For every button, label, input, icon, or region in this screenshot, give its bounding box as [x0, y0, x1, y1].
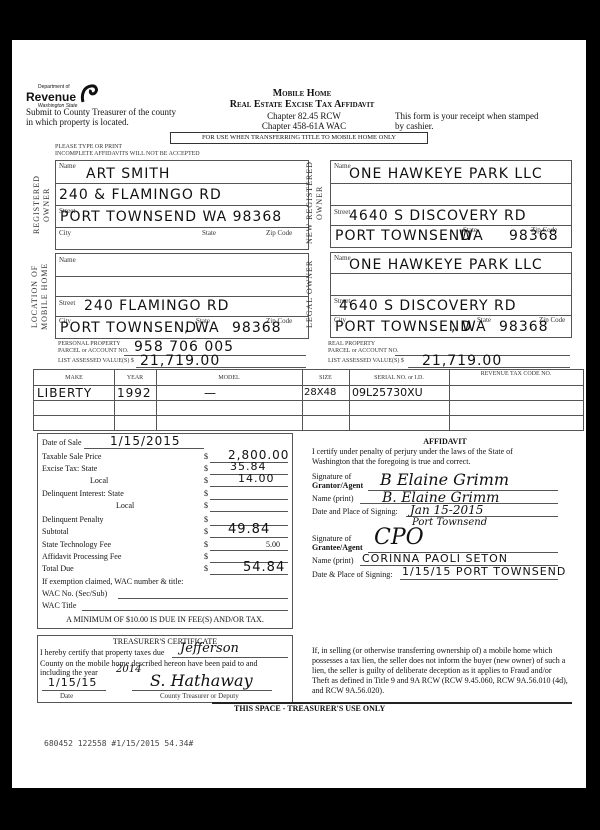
grantee-name-print[interactable]: CORINNA PAOLI SETON [362, 552, 508, 565]
lien-notice: If, in selling (or otherwise transferrin… [312, 646, 568, 696]
treasurer-date[interactable]: 1/15/15 [48, 676, 97, 689]
affidavit-page: Department of Revenue Washington State S… [12, 40, 586, 788]
treasurer-tax-year[interactable]: 2014 [116, 664, 141, 675]
dor-swirl-icon [80, 84, 98, 104]
legal-owner-zip[interactable]: 98368 [499, 319, 549, 335]
cashier-receipt-stamp: 680452 122558 #1/15/2015 54.34# [44, 739, 193, 748]
registered-owner-name[interactable]: ART SMITH [86, 166, 170, 182]
vehicle-table: MAKE YEAR MODEL SIZE SERIAL NO. or I.D. … [33, 369, 584, 431]
new-owner-city[interactable]: PORT TOWNSEND [335, 228, 472, 244]
tax-calculation-box: Date of Sale 1/15/2015 Taxable Sale Pric… [37, 433, 293, 629]
form-title-2: Real Estate Excise Tax Affidavit [172, 99, 432, 110]
grantor-signing-date[interactable]: Jan 15-2015 [410, 503, 483, 517]
section-label-registered-owner: REGISTERED OWNER [32, 160, 56, 250]
real-assessed-value[interactable]: 21,719.00 [422, 353, 502, 369]
section-label-location: LOCATION OF MOBILE HOME [30, 252, 58, 340]
make-cell[interactable]: LIBERTY [37, 386, 92, 400]
new-owner-state[interactable]: WA [459, 228, 484, 244]
treasurer-signature[interactable]: S. Hathaway [150, 671, 253, 690]
grantee-signature[interactable]: CPO [374, 525, 424, 550]
legal-owner-name[interactable]: ONE HAWKEYE PARK LLC [349, 257, 543, 273]
new-owner-name[interactable]: ONE HAWKEYE PARK LLC [349, 166, 543, 182]
section-label-new-registered-owner: NEW REGISTERED OWNER [305, 158, 329, 248]
year-cell[interactable]: 1992 [117, 386, 152, 400]
treasurer-certificate-box: TREASURER'S CERTIFICATE I hereby certify… [37, 635, 293, 703]
legal-owner-box: Name ONE HAWKEYE PARK LLC Street 4640 S … [330, 252, 572, 338]
location-street[interactable]: 240 FLAMINGO RD [84, 298, 229, 314]
minimum-due-note: A MINIMUM OF $10.00 IS DUE IN FEE(S) AND… [38, 615, 292, 624]
date-of-sale[interactable]: 1/15/2015 [110, 434, 181, 448]
legal-owner-street[interactable]: 4640 S DISCOVERY RD [339, 298, 517, 314]
location-city[interactable]: PORT TOWNSEND [60, 320, 197, 336]
location-state[interactable]: , WA [184, 320, 220, 336]
legal-owner-state[interactable]: , WA [451, 319, 487, 335]
treasurer-county[interactable]: Jefferson [180, 641, 239, 656]
registered-owner-box: Name ART SMITH 240 & FLAMINGO RD Street … [55, 160, 309, 250]
new-owner-street[interactable]: 4640 S DISCOVERY RD [349, 208, 527, 224]
use-note-box: FOR USE WHEN TRANSFERRING TITLE TO MOBIL… [170, 132, 428, 144]
grantor-signature[interactable]: B Elaine Grimm [380, 470, 509, 489]
new-registered-owner-box: Name ONE HAWKEYE PARK LLC Street 4640 S … [330, 160, 572, 248]
grantee-signing-date-place[interactable]: 1/15/15 PORT TOWNSEND [402, 565, 566, 578]
serial-cell[interactable]: 09L25730XU [352, 386, 423, 399]
treasurer-use-only-label: THIS SPACE - TREASURER'S USE ONLY [234, 704, 385, 713]
location-zip[interactable]: 98368 [232, 320, 282, 336]
size-cell[interactable]: 28X48 [304, 387, 336, 398]
subtotal[interactable]: 49.84 [228, 522, 270, 537]
registered-owner-city-state-zip[interactable]: PORT TOWNSEND WA 98368 [60, 209, 282, 225]
location-box: Name Street 240 FLAMINGO RD City PORT TO… [55, 253, 309, 339]
section-label-legal-owner: LEGAL OWNER [305, 250, 329, 338]
excise-tax-local[interactable]: 14.00 [238, 472, 275, 485]
form-title-1: Mobile Home [202, 88, 402, 99]
total-due[interactable]: 54.84 [243, 560, 285, 575]
state-technology-fee: 5.00 [266, 540, 280, 549]
personal-assessed-value[interactable]: 21,719.00 [140, 353, 220, 369]
new-owner-zip[interactable]: 98368 [509, 228, 559, 244]
registered-owner-address[interactable]: 240 & FLAMINGO RD [59, 187, 222, 203]
affidavit-section: AFFIDAVIT I certify under penalty of per… [310, 432, 580, 592]
model-cell[interactable]: — [204, 386, 217, 400]
